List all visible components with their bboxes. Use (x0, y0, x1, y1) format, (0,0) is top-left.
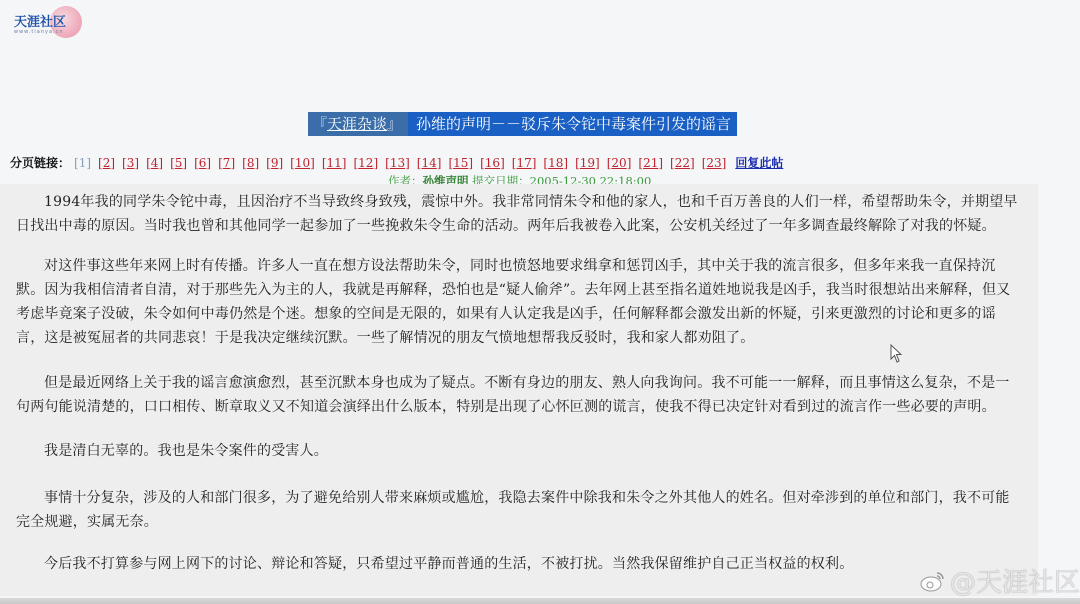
page-link-7[interactable]: [7] (218, 155, 235, 171)
page-link-1[interactable]: [1] (74, 155, 91, 171)
page-link-19[interactable]: [19] (575, 155, 600, 171)
post-body: 1994年我的同学朱令铊中毒，且因治疗不当导致终身致残，震惊中外。我非常同情朱令… (0, 184, 1038, 596)
mouse-cursor-icon (890, 344, 904, 364)
reply-post-link[interactable]: 回复此帖 (735, 155, 783, 171)
board-bracket-open: 『 (312, 115, 327, 133)
paragraph: 但是最近网络上关于我的谣言愈演愈烈，甚至沉默本身也成为了疑点。不断有身边的朋友、… (16, 371, 1021, 419)
logo-url-text: www.tianya.cn (14, 29, 64, 35)
page-link-16[interactable]: [16] (480, 155, 505, 171)
post-title-bar: 『天涯杂谈』 孙维的声明－－驳斥朱令铊中毒案件引发的谣言 (308, 112, 737, 136)
page-link-20[interactable]: [20] (607, 155, 632, 171)
paragraph: 今后我不打算参与网上网下的讨论、辩论和答疑，只希望过平静而普通的生活，不被打扰。… (16, 552, 1021, 576)
logo-name: 天涯社区 (14, 11, 66, 30)
page-link-21[interactable]: [21] (638, 155, 663, 171)
page-link-9[interactable]: [9] (266, 155, 283, 171)
board-link[interactable]: 天涯杂谈 (327, 115, 387, 133)
watermark-text: @天涯社区 (950, 562, 1080, 599)
page-link-22[interactable]: [22] (670, 155, 695, 171)
page-link-4[interactable]: [4] (146, 155, 163, 171)
weibo-watermark: @天涯社区 (920, 562, 1080, 599)
page-link-11[interactable]: [11] (322, 155, 347, 171)
page-link-18[interactable]: [18] (543, 155, 568, 171)
page-link-15[interactable]: [15] (448, 155, 473, 171)
paragraph: 事情十分复杂，涉及的人和部门很多，为了避免给别人带来麻烦或尴尬，我隐去案件中除我… (16, 486, 1021, 534)
window-bottom-edge (0, 598, 1080, 604)
page-link-8[interactable]: [8] (242, 155, 259, 171)
page-link-14[interactable]: [14] (417, 155, 442, 171)
page-link-13[interactable]: [13] (385, 155, 410, 171)
page-links: [1][2][3][4][5][6][7][8][9][10][11][12][… (74, 155, 733, 171)
pagination: 分页链接： [1][2][3][4][5][6][7][8][9][10][11… (10, 155, 783, 171)
page-link-5[interactable]: [5] (170, 155, 187, 171)
board-tag: 『天涯杂谈』 (308, 112, 408, 136)
forum-post-page: 天涯社区 www.tianya.cn 『天涯杂谈』 孙维的声明－－驳斥朱令铊中毒… (0, 0, 1080, 604)
page-link-6[interactable]: [6] (194, 155, 211, 171)
page-link-2[interactable]: [2] (98, 155, 115, 171)
weibo-icon (920, 570, 946, 592)
page-link-23[interactable]: [23] (702, 155, 727, 171)
board-bracket-close: 』 (387, 115, 402, 133)
page-link-3[interactable]: [3] (122, 155, 139, 171)
page-link-10[interactable]: [10] (290, 155, 315, 171)
paragraph: 1994年我的同学朱令铊中毒，且因治疗不当导致终身致残，震惊中外。我非常同情朱令… (16, 190, 1021, 238)
post-title: 孙维的声明－－驳斥朱令铊中毒案件引发的谣言 (408, 112, 737, 136)
tianya-logo[interactable]: 天涯社区 www.tianya.cn (12, 6, 82, 36)
paragraph: 对这件事这些年来网上时有传播。许多人一直在想方设法帮助朱令，同时也愤怒地要求缉拿… (16, 254, 1021, 350)
page-link-12[interactable]: [12] (353, 155, 378, 171)
pagination-label: 分页链接： (10, 155, 70, 171)
paragraph: 我是清白无辜的。我也是朱令案件的受害人。 (16, 439, 1021, 463)
page-link-17[interactable]: [17] (512, 155, 537, 171)
